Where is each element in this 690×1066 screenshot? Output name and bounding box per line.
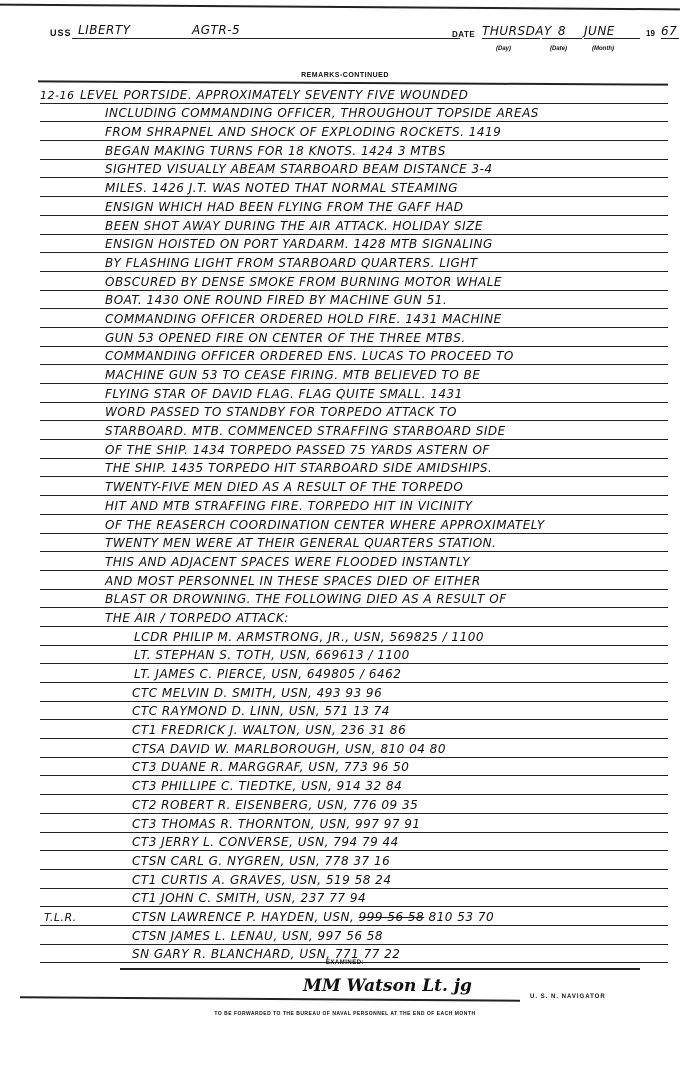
- signature-rule: [20, 996, 520, 1001]
- narrative-text: MACHINE GUN 53 TO CEASE FIRING. MTB BELI…: [105, 368, 480, 382]
- casualty-number-struck: 999 56 58: [359, 910, 425, 924]
- log-narrative-line: WORD PASSED TO STANDBY FOR TORPEDO ATTAC…: [0, 404, 690, 423]
- log-narrative-line: FROM SHRAPNEL AND SHOCK OF EXPLODING ROC…: [0, 123, 690, 142]
- casualty-rate: LT.: [134, 667, 151, 681]
- log-narrative-line: BOAT. 1430 ONE ROUND FIRED BY MACHINE GU…: [0, 292, 690, 311]
- casualty-service-number: 997 97 91: [355, 817, 421, 831]
- narrative-text: SIGHTED VISUALLY ABEAM STARBOARD BEAM DI…: [105, 162, 493, 176]
- narrative-text: THE AIR / TORPEDO ATTACK:: [105, 611, 289, 625]
- log-narrative-line: OF THE SHIP. 1434 TORPEDO PASSED 75 YARD…: [0, 441, 690, 460]
- remarks-title: REMARKS-CONTINUED: [0, 72, 690, 79]
- casualty-service-number: 914 32 84: [337, 779, 403, 793]
- ruled-line: [40, 177, 668, 178]
- log-narrative-line: OBSCURED BY DENSE SMOKE FROM BURNING MOT…: [0, 273, 690, 292]
- log-header: USS LIBERTY AGTR-5 DATE THURSDAY 8 JUNE …: [50, 22, 680, 62]
- narrative-text: COMMANDING OFFICER ORDERED HOLD FIRE. 14…: [105, 312, 502, 326]
- ruled-line: [40, 458, 668, 459]
- ruled-line: [40, 439, 668, 440]
- casualty-text: CT3 DUANE R. MARGGRAF, USN, 773 96 50: [132, 760, 409, 774]
- ruled-line: [40, 607, 668, 608]
- narrative-text: OF THE SHIP. 1434 TORPEDO PASSED 75 YARD…: [105, 443, 490, 457]
- casualty-rate: LCDR: [134, 630, 169, 644]
- narrative-text: OBSCURED BY DENSE SMOKE FROM BURNING MOT…: [105, 275, 502, 289]
- date-century: 19: [646, 29, 655, 38]
- log-narrative-line: FLYING STAR OF DAVID FLAG. FLAG QUITE SM…: [0, 385, 690, 404]
- narrative-text: BEGAN MAKING TURNS FOR 18 KNOTS. 1424 3 …: [105, 144, 446, 158]
- casualty-service-number: 776 09 35: [353, 798, 419, 812]
- margin-initials: T.L.R.: [44, 911, 77, 924]
- narrative-text: FLYING STAR OF DAVID FLAG. FLAG QUITE SM…: [105, 387, 463, 401]
- narrative-text: GUN 53 OPENED FIRE ON CENTER OF THE THRE…: [105, 331, 466, 345]
- log-narrative-line: STARBOARD. MTB. COMMENCED STRAFFING STAR…: [0, 422, 690, 441]
- narrative-text: BLAST OR DROWNING. THE FOLLOWING DIED AS…: [105, 592, 507, 606]
- narrative-text: BY FLASHING LIGHT FROM STARBOARD QUARTER…: [105, 256, 478, 270]
- casualty-text: CT1 FREDRICK J. WALTON, USN, 236 31 86: [132, 723, 406, 737]
- casualty-service-number: 810 53 70: [429, 910, 495, 924]
- casualty-text: CTC MELVIN D. SMITH, USN, 493 93 96: [132, 686, 382, 700]
- casualty-row: LT. STEPHAN S. TOTH, USN, 669613 / 1100: [0, 647, 690, 666]
- casualty-service: USN: [282, 929, 309, 943]
- casualty-rate: CTC: [132, 686, 158, 700]
- ruled-line: [40, 364, 668, 365]
- casualty-service-number: 519 58 24: [326, 873, 392, 887]
- casualty-text: CT2 ROBERT R. EISENBERG, USN, 776 09 35: [132, 798, 418, 812]
- ruled-line: [40, 551, 668, 552]
- narrative-text: HIT AND MTB STRAFFING FIRE. TORPEDO HIT …: [105, 499, 472, 513]
- casualty-text: CTSN CARL G. NYGREN, USN, 778 37 16: [132, 854, 390, 868]
- casualty-name: JERRY L. CONVERSE: [161, 835, 289, 849]
- casualty-row: LCDR PHILIP M. ARMSTRONG, JR., USN, 5698…: [0, 628, 690, 647]
- casualty-name: ROBERT R. EISENBERG: [161, 798, 308, 812]
- casualty-service: USN: [281, 686, 308, 700]
- casualty-service: USN: [317, 798, 344, 812]
- date-day: THURSDAY: [482, 24, 540, 39]
- casualty-text: CT3 PHILLIPE C. TIEDTKE, USN, 914 32 84: [132, 779, 402, 793]
- casualty-service-number: 493 93 96: [317, 686, 383, 700]
- ruled-line: [40, 495, 668, 496]
- ruled-line: [40, 420, 668, 421]
- casualty-service: USN: [301, 779, 328, 793]
- casualty-name: MELVIN D. SMITH: [162, 686, 273, 700]
- ship-prefix-label: USS: [50, 28, 72, 38]
- casualty-rate: CTC: [132, 704, 158, 718]
- casualty-text: CT3 THOMAS R. THORNTON, USN, 997 97 91: [132, 817, 421, 831]
- casualty-row: CT3 THOMAS R. THORNTON, USN, 997 97 91: [0, 815, 690, 834]
- casualty-rate: CTSN: [132, 854, 166, 868]
- top-border-rule: [0, 0, 680, 10]
- casualty-rate: CT3: [132, 760, 157, 774]
- ruled-line: [40, 290, 668, 291]
- casualty-service-number: 237 77 94: [301, 891, 367, 905]
- ruled-line: [40, 327, 668, 328]
- casualty-name: LAWRENCE P. HAYDEN: [171, 910, 315, 924]
- casualty-rate: CTSA: [132, 742, 166, 756]
- casualty-row: CTSN JAMES L. LENAU, USN, 997 56 58: [0, 927, 690, 946]
- casualty-text: CTSA DAVID W. MARLBOROUGH, USN, 810 04 8…: [132, 742, 446, 756]
- log-narrative-line: HIT AND MTB STRAFFING FIRE. TORPEDO HIT …: [0, 497, 690, 516]
- caption-month: (Month): [592, 46, 614, 52]
- casualty-service: USN: [308, 760, 335, 774]
- log-narrative-line: COMMANDING OFFICER ORDERED HOLD FIRE. 14…: [0, 310, 690, 329]
- ruled-line: [40, 383, 668, 384]
- log-narrative-line: THE SHIP. 1435 TORPEDO HIT STARBOARD SID…: [0, 460, 690, 479]
- narrative-text: TWENTY MEN WERE AT THEIR GENERAL QUARTER…: [105, 536, 496, 550]
- ruled-line: [40, 196, 668, 197]
- casualty-name: THOMAS R. THORNTON: [161, 817, 311, 831]
- ruled-line: [40, 159, 668, 160]
- ruled-line: [40, 775, 668, 776]
- ruled-line: [40, 234, 668, 235]
- casualty-service-number: 997 56 58: [317, 929, 383, 943]
- narrative-text: BEEN SHOT AWAY DURING THE AIR ATTACK. HO…: [105, 219, 483, 233]
- casualty-name: DAVID W. MARLBOROUGH: [170, 742, 336, 756]
- casualty-name: CARL G. NYGREN: [171, 854, 281, 868]
- log-narrative-line: AND MOST PERSONNEL IN THESE SPACES DIED …: [0, 572, 690, 591]
- ruled-line: [40, 252, 668, 253]
- date-field: THURSDAY 8 JUNE 19 67 (Day) (Date) (Mont…: [480, 24, 680, 40]
- examined-label: EXAMINED:: [0, 960, 690, 966]
- casualty-row: CTC RAYMOND D. LINN, USN, 571 13 74: [0, 703, 690, 722]
- narrative-text: MILES. 1426 J.T. WAS NOTED THAT NORMAL S…: [105, 181, 458, 195]
- ruled-line: [40, 738, 668, 739]
- casualty-row: CT1 JOHN C. SMITH, USN, 237 77 94: [0, 890, 690, 909]
- ship-name: LIBERTY: [78, 23, 131, 37]
- casualty-rate: CT3: [132, 817, 157, 831]
- date-number: 8: [542, 24, 582, 39]
- casualty-rate: CTSN: [132, 910, 166, 924]
- narrative-text: OF THE REASERCH COORDINATION CENTER WHER…: [105, 518, 545, 532]
- casualty-rate: CT1: [132, 723, 157, 737]
- watch-period: 12-16: [40, 89, 74, 102]
- narrative-text: STARBOARD. MTB. COMMENCED STRAFFING STAR…: [105, 424, 506, 438]
- ruled-line: [40, 103, 668, 104]
- casualty-service: USN: [290, 873, 317, 887]
- ruled-line: [40, 570, 668, 571]
- ruled-line: [40, 271, 668, 272]
- ruled-line: [40, 663, 668, 664]
- log-narrative-line: TWENTY MEN WERE AT THEIR GENERAL QUARTER…: [0, 535, 690, 554]
- log-lines: 12-16LEVEL PORTSIDE. APPROXIMATELY SEVEN…: [0, 86, 690, 964]
- casualty-row: LT. JAMES C. PIERCE, USN, 649805 / 6462: [0, 665, 690, 684]
- casualty-service-number: 649805 / 6462: [307, 667, 402, 681]
- remarks-rule: [38, 80, 668, 85]
- casualty-service: USN: [305, 723, 332, 737]
- casualty-name: RAYMOND D. LINN: [162, 704, 280, 718]
- narrative-text: BOAT. 1430 ONE ROUND FIRED BY MACHINE GU…: [105, 293, 447, 307]
- ruled-line: [40, 514, 668, 515]
- casualty-text: LT. STEPHAN S. TOTH, USN, 669613 / 1100: [134, 648, 410, 662]
- date-month: JUNE: [584, 24, 640, 39]
- casualty-service: USN: [345, 742, 372, 756]
- casualty-name: PHILIP M. ARMSTRONG, JR.: [173, 630, 345, 644]
- log-narrative-line: INCLUDING COMMANDING OFFICER, THROUGHOUT…: [0, 105, 690, 124]
- casualty-service: USN: [323, 910, 350, 924]
- casualty-service-number: 794 79 44: [333, 835, 399, 849]
- ruled-line: [40, 850, 668, 851]
- date-label: DATE: [452, 30, 475, 39]
- casualty-row: CT3 DUANE R. MARGGRAF, USN, 773 96 50: [0, 759, 690, 778]
- ruled-line: [40, 626, 668, 627]
- casualty-name: CURTIS A. GRAVES: [161, 873, 282, 887]
- casualty-row: CT3 PHILLIPE C. TIEDTKE, USN, 914 32 84: [0, 777, 690, 796]
- log-narrative-line: GUN 53 OPENED FIRE ON CENTER OF THE THRE…: [0, 329, 690, 348]
- navigator-label: U. S. N. NAVIGATOR: [530, 994, 606, 1000]
- ruled-line: [40, 888, 668, 889]
- casualty-service: USN: [298, 835, 325, 849]
- casualty-text: CT1 CURTIS A. GRAVES, USN, 519 58 24: [132, 873, 391, 887]
- casualty-name: FREDRICK J. WALTON: [161, 723, 296, 737]
- casualty-service-number: 569825 / 1100: [389, 630, 484, 644]
- casualty-name: PHILLIPE C. TIEDTKE: [161, 779, 292, 793]
- log-narrative-line: COMMANDING OFFICER ORDERED ENS. LUCAS TO…: [0, 348, 690, 367]
- ruled-line: [40, 944, 668, 945]
- casualty-service: USN: [265, 891, 292, 905]
- casualty-rate: CT3: [132, 835, 157, 849]
- casualty-row: CT3 JERRY L. CONVERSE, USN, 794 79 44: [0, 834, 690, 853]
- log-narrative-line: MILES. 1426 J.T. WAS NOTED THAT NORMAL S…: [0, 179, 690, 198]
- ruled-line: [40, 645, 668, 646]
- casualty-rate: LT.: [134, 648, 151, 662]
- caption-day: (Day): [496, 46, 511, 52]
- ruled-line: [40, 215, 668, 216]
- log-narrative-line: TWENTY-FIVE MEN DIED AS A RESULT OF THE …: [0, 478, 690, 497]
- ship-field: LIBERTY AGTR-5: [72, 22, 460, 39]
- deck-log-page: USS LIBERTY AGTR-5 DATE THURSDAY 8 JUNE …: [0, 0, 690, 1066]
- narrative-text: AND MOST PERSONNEL IN THESE SPACES DIED …: [105, 574, 481, 588]
- ruled-line: [40, 533, 668, 534]
- ruled-line: [40, 589, 668, 590]
- casualty-row: T.L.R.CTSN LAWRENCE P. HAYDEN, USN, 999 …: [0, 908, 690, 927]
- casualty-rate: CT1: [132, 891, 157, 905]
- ruled-line: [40, 346, 668, 347]
- casualty-name: DUANE R. MARGGRAF: [161, 760, 299, 774]
- casualty-text: LCDR PHILIP M. ARMSTRONG, JR., USN, 5698…: [134, 630, 484, 644]
- ruled-line: [40, 476, 668, 477]
- casualty-text: CT3 JERRY L. CONVERSE, USN, 794 79 44: [132, 835, 399, 849]
- casualty-service-number: 669613 / 1100: [315, 648, 410, 662]
- ruled-line: [40, 402, 668, 403]
- ruled-line: [40, 121, 668, 122]
- casualty-service-number: 236 31 86: [341, 723, 407, 737]
- ruled-line: [40, 682, 668, 683]
- log-narrative-line: ENSIGN WHICH HAD BEEN FLYING FROM THE GA…: [0, 198, 690, 217]
- narrative-text: ENSIGN HOISTED ON PORT YARDARM. 1428 MTB…: [105, 237, 493, 251]
- ruled-line: [40, 925, 668, 926]
- casualty-text: CTC RAYMOND D. LINN, USN, 571 13 74: [132, 704, 390, 718]
- ruled-line: [40, 906, 668, 907]
- log-narrative-line: SIGHTED VISUALLY ABEAM STARBOARD BEAM DI…: [0, 161, 690, 180]
- log-narrative-line: THIS AND ADJACENT SPACES WERE FLOODED IN…: [0, 553, 690, 572]
- ruled-line: [40, 813, 668, 814]
- log-narrative-line: ENSIGN HOISTED ON PORT YARDARM. 1428 MTB…: [0, 236, 690, 255]
- casualty-rate: CTSN: [132, 929, 166, 943]
- casualty-service: USN: [289, 854, 316, 868]
- log-narrative-line: 12-16LEVEL PORTSIDE. APPROXIMATELY SEVEN…: [0, 86, 690, 105]
- ruled-line: [40, 757, 668, 758]
- caption-date: (Date): [550, 46, 567, 52]
- narrative-text: WORD PASSED TO STANDBY FOR TORPEDO ATTAC…: [105, 405, 457, 419]
- casualty-service: USN: [271, 667, 298, 681]
- casualty-row: CTSN CARL G. NYGREN, USN, 778 37 16: [0, 852, 690, 871]
- casualty-row: CT1 FREDRICK J. WALTON, USN, 236 31 86: [0, 721, 690, 740]
- log-narrative-line: BEEN SHOT AWAY DURING THE AIR ATTACK. HO…: [0, 217, 690, 236]
- date-year: 67: [661, 24, 679, 39]
- log-narrative-line: BY FLASHING LIGHT FROM STARBOARD QUARTER…: [0, 254, 690, 273]
- casualty-text: LT. JAMES C. PIERCE, USN, 649805 / 6462: [134, 667, 401, 681]
- log-narrative-line: BEGAN MAKING TURNS FOR 18 KNOTS. 1424 3 …: [0, 142, 690, 161]
- casualty-name: JOHN C. SMITH: [161, 891, 256, 905]
- log-narrative-line: BLAST OR DROWNING. THE FOLLOWING DIED AS…: [0, 591, 690, 610]
- casualty-rate: CT1: [132, 873, 157, 887]
- forwarding-note: TO BE FORWARDED TO THE BUREAU OF NAVAL P…: [0, 1011, 690, 1017]
- casualty-text: CTSN LAWRENCE P. HAYDEN, USN, 999 56 58 …: [132, 910, 494, 924]
- casualty-text: CT1 JOHN C. SMITH, USN, 237 77 94: [132, 891, 366, 905]
- signature-block: MM Watson Lt. jg U. S. N. NAVIGATOR: [20, 976, 670, 1006]
- casualty-name: JAMES L. LENAU: [171, 929, 274, 943]
- ruled-line: [40, 719, 668, 720]
- casualty-row: CTSA DAVID W. MARLBOROUGH, USN, 810 04 8…: [0, 740, 690, 759]
- narrative-text: INCLUDING COMMANDING OFFICER, THROUGHOUT…: [105, 106, 539, 120]
- log-narrative-line: OF THE REASERCH COORDINATION CENTER WHER…: [0, 516, 690, 535]
- narrative-text: THIS AND ADJACENT SPACES WERE FLOODED IN…: [105, 555, 470, 569]
- navigator-signature: MM Watson Lt. jg: [303, 976, 472, 996]
- casualty-service-number: 778 37 16: [325, 854, 391, 868]
- narrative-text: ENSIGN WHICH HAD BEEN FLYING FROM THE GA…: [105, 200, 464, 214]
- casualty-service-number: 773 96 50: [344, 760, 410, 774]
- narrative-text: TWENTY-FIVE MEN DIED AS A RESULT OF THE …: [105, 480, 463, 494]
- casualty-service-number: 810 04 80: [380, 742, 446, 756]
- ruled-line: [40, 701, 668, 702]
- casualty-name: STEPHAN S. TOTH: [155, 648, 271, 662]
- hull-number: AGTR-5: [192, 23, 240, 37]
- casualty-service-number: 571 13 74: [324, 704, 390, 718]
- casualty-row: CT2 ROBERT R. EISENBERG, USN, 776 09 35: [0, 796, 690, 815]
- casualty-row: CTC MELVIN D. SMITH, USN, 493 93 96: [0, 684, 690, 703]
- casualty-service: USN: [354, 630, 381, 644]
- examined-rule: [120, 968, 640, 970]
- narrative-text: THE SHIP. 1435 TORPEDO HIT STARBOARD SID…: [105, 461, 492, 475]
- ruled-line: [40, 308, 668, 309]
- ruled-line: [40, 140, 668, 141]
- narrative-text: LEVEL PORTSIDE. APPROXIMATELY SEVENTY FI…: [80, 88, 468, 102]
- casualty-rate: CT2: [132, 798, 157, 812]
- casualty-name: JAMES C. PIERCE: [155, 667, 262, 681]
- ruled-line: [40, 794, 668, 795]
- log-narrative-line: THE AIR / TORPEDO ATTACK:: [0, 609, 690, 628]
- casualty-text: CTSN JAMES L. LENAU, USN, 997 56 58: [132, 929, 383, 943]
- ruled-line: [40, 832, 668, 833]
- narrative-text: FROM SHRAPNEL AND SHOCK OF EXPLODING ROC…: [105, 125, 501, 139]
- casualty-service: USN: [319, 817, 346, 831]
- ruled-line: [40, 869, 668, 870]
- casualty-service: USN: [280, 648, 307, 662]
- casualty-rate: CT3: [132, 779, 157, 793]
- casualty-row: CT1 CURTIS A. GRAVES, USN, 519 58 24: [0, 871, 690, 890]
- narrative-text: COMMANDING OFFICER ORDERED ENS. LUCAS TO…: [105, 349, 514, 363]
- casualty-service: USN: [289, 704, 316, 718]
- log-narrative-line: MACHINE GUN 53 TO CEASE FIRING. MTB BELI…: [0, 366, 690, 385]
